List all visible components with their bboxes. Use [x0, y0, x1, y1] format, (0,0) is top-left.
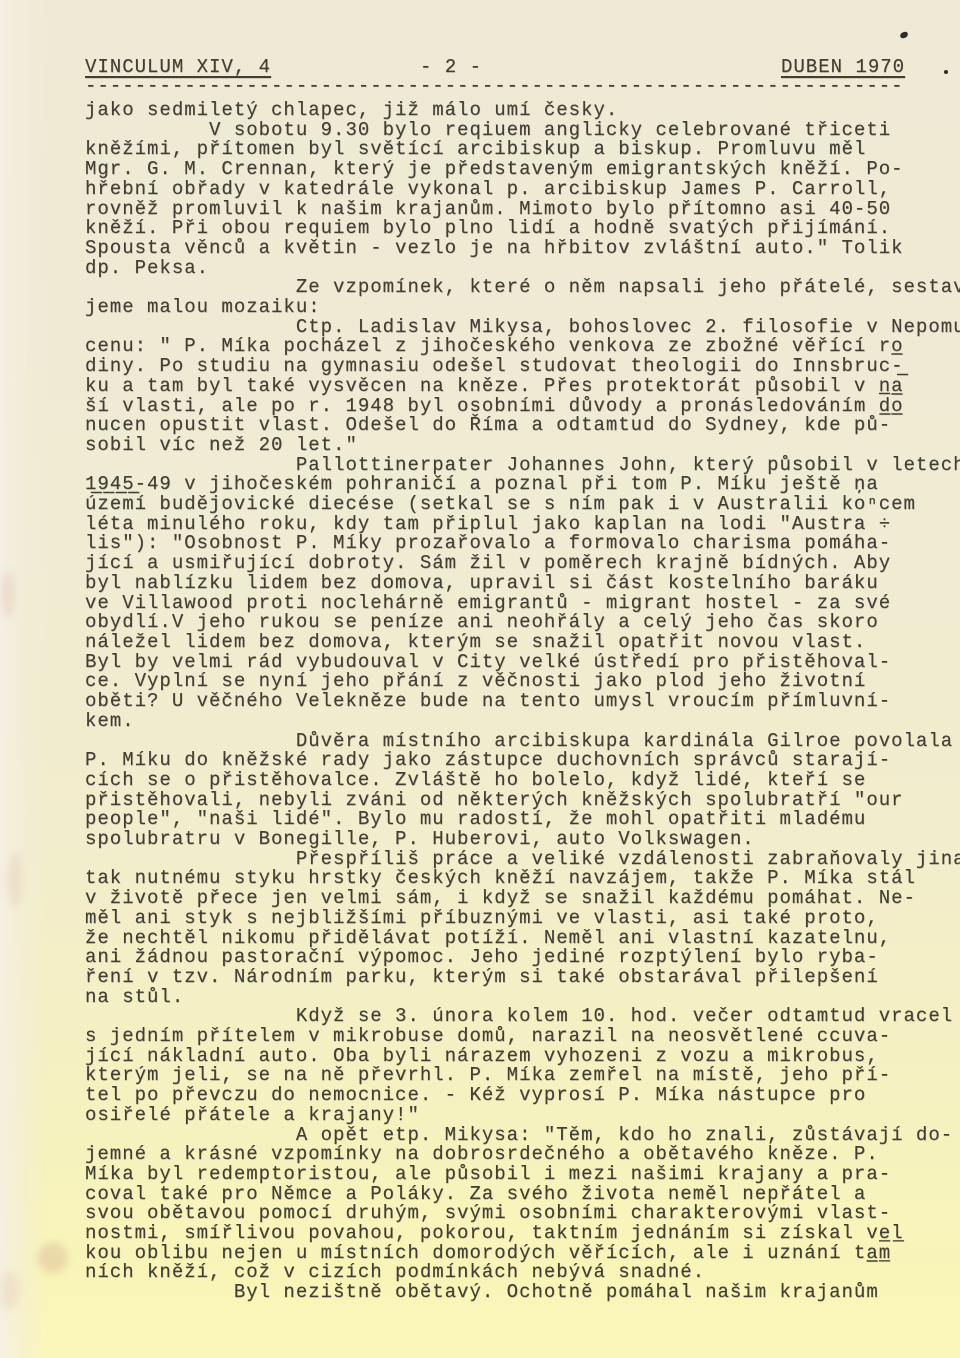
- text-line: jeme malou mozaiku:: [85, 298, 960, 318]
- text-line: jemné a krásné vzpomínky na dobrosrdečné…: [85, 1145, 960, 1165]
- text-line: kněží. Při obou requiem bylo plno lidí a…: [85, 219, 960, 239]
- text-line: v životě přece jen velmi sám, i když se …: [85, 889, 960, 909]
- text-line: ani žádnou pastorační výpomoc. Jeho jedi…: [85, 948, 960, 968]
- text-line: nostmi, smířlivou povahou, pokorou, takt…: [85, 1224, 960, 1244]
- text-line: Mgr. G. M. Crennan, který je představený…: [85, 160, 960, 180]
- paper-stain: [8, 852, 22, 908]
- text-line: byl nablízku lidem bez domova, upravil s…: [85, 574, 960, 594]
- newsletter-title: VINCULUM XIV, 4: [85, 58, 271, 78]
- text-line: území budějovické diecése (setkal se s n…: [85, 495, 960, 515]
- page-number: - 2 -: [420, 58, 482, 78]
- text-line: jako sedmiletý chlapec, již málo umí čes…: [85, 101, 960, 121]
- text-line: nucen opustit vlast. Odešel do Říma a od…: [85, 416, 960, 436]
- text-line: cích se o přistěhovalce. Zvláště ho bole…: [85, 771, 960, 791]
- dashed-divider: ----------------------------------------…: [85, 77, 925, 97]
- ink-blot: [899, 31, 908, 39]
- text-line: hřební obřady v katedrále vykonal p. arc…: [85, 180, 960, 200]
- document-page: VINCULUM XIV, 4 - 2 - DUBEN 1970 -------…: [0, 0, 960, 1358]
- text-line: kem.: [85, 712, 960, 732]
- body-text: jako sedmiletý chlapec, již málo umí čes…: [85, 101, 960, 1303]
- text-line: náležel lidem bez domova, kterým se snaž…: [85, 633, 960, 653]
- paper-stain: [2, 570, 14, 618]
- text-line: osiřelé přátele a krajany!": [85, 1106, 960, 1126]
- text-line: P. Míku do kněžské rady jako zástupce du…: [85, 751, 960, 771]
- text-line: sobil víc než 20 let.": [85, 436, 960, 456]
- text-line: ření v tzv. Národním parku, kterým si ta…: [85, 968, 960, 988]
- paper-stain: [38, 1243, 68, 1273]
- text-line: ku a tam byl také vysvěcen na kněze. Pře…: [85, 377, 960, 397]
- text-line: s jedním přítelem v mikrobuse domů, nara…: [85, 1027, 960, 1047]
- text-line: diny. Po studiu na gymnasiu odešel studo…: [85, 357, 960, 377]
- text-line: Míka byl redemptoristou, ale působil i m…: [85, 1165, 960, 1185]
- text-line: Byl nezištně obětavý. Ochotně pomáhal na…: [85, 1283, 960, 1303]
- text-line: jící a usmiřující dobroty. Sám žil v pom…: [85, 554, 960, 574]
- text-line: Spousta věnců a květin - vezlo je na hřb…: [85, 239, 960, 259]
- ink-dot: [944, 70, 948, 74]
- text-line: tel po převczu do nemocnice. - Kéž vypro…: [85, 1086, 960, 1106]
- paper-stain: [0, 1270, 20, 1310]
- text-line: spolubratru v Bonegille, P. Huberovi, au…: [85, 830, 960, 850]
- text-line: oběti? U věčného Velekněze bude na tento…: [85, 692, 960, 712]
- issue-date: DUBEN 1970: [781, 58, 905, 78]
- text-line: měl ani styk s nejbližšími příbuznými ve…: [85, 909, 960, 929]
